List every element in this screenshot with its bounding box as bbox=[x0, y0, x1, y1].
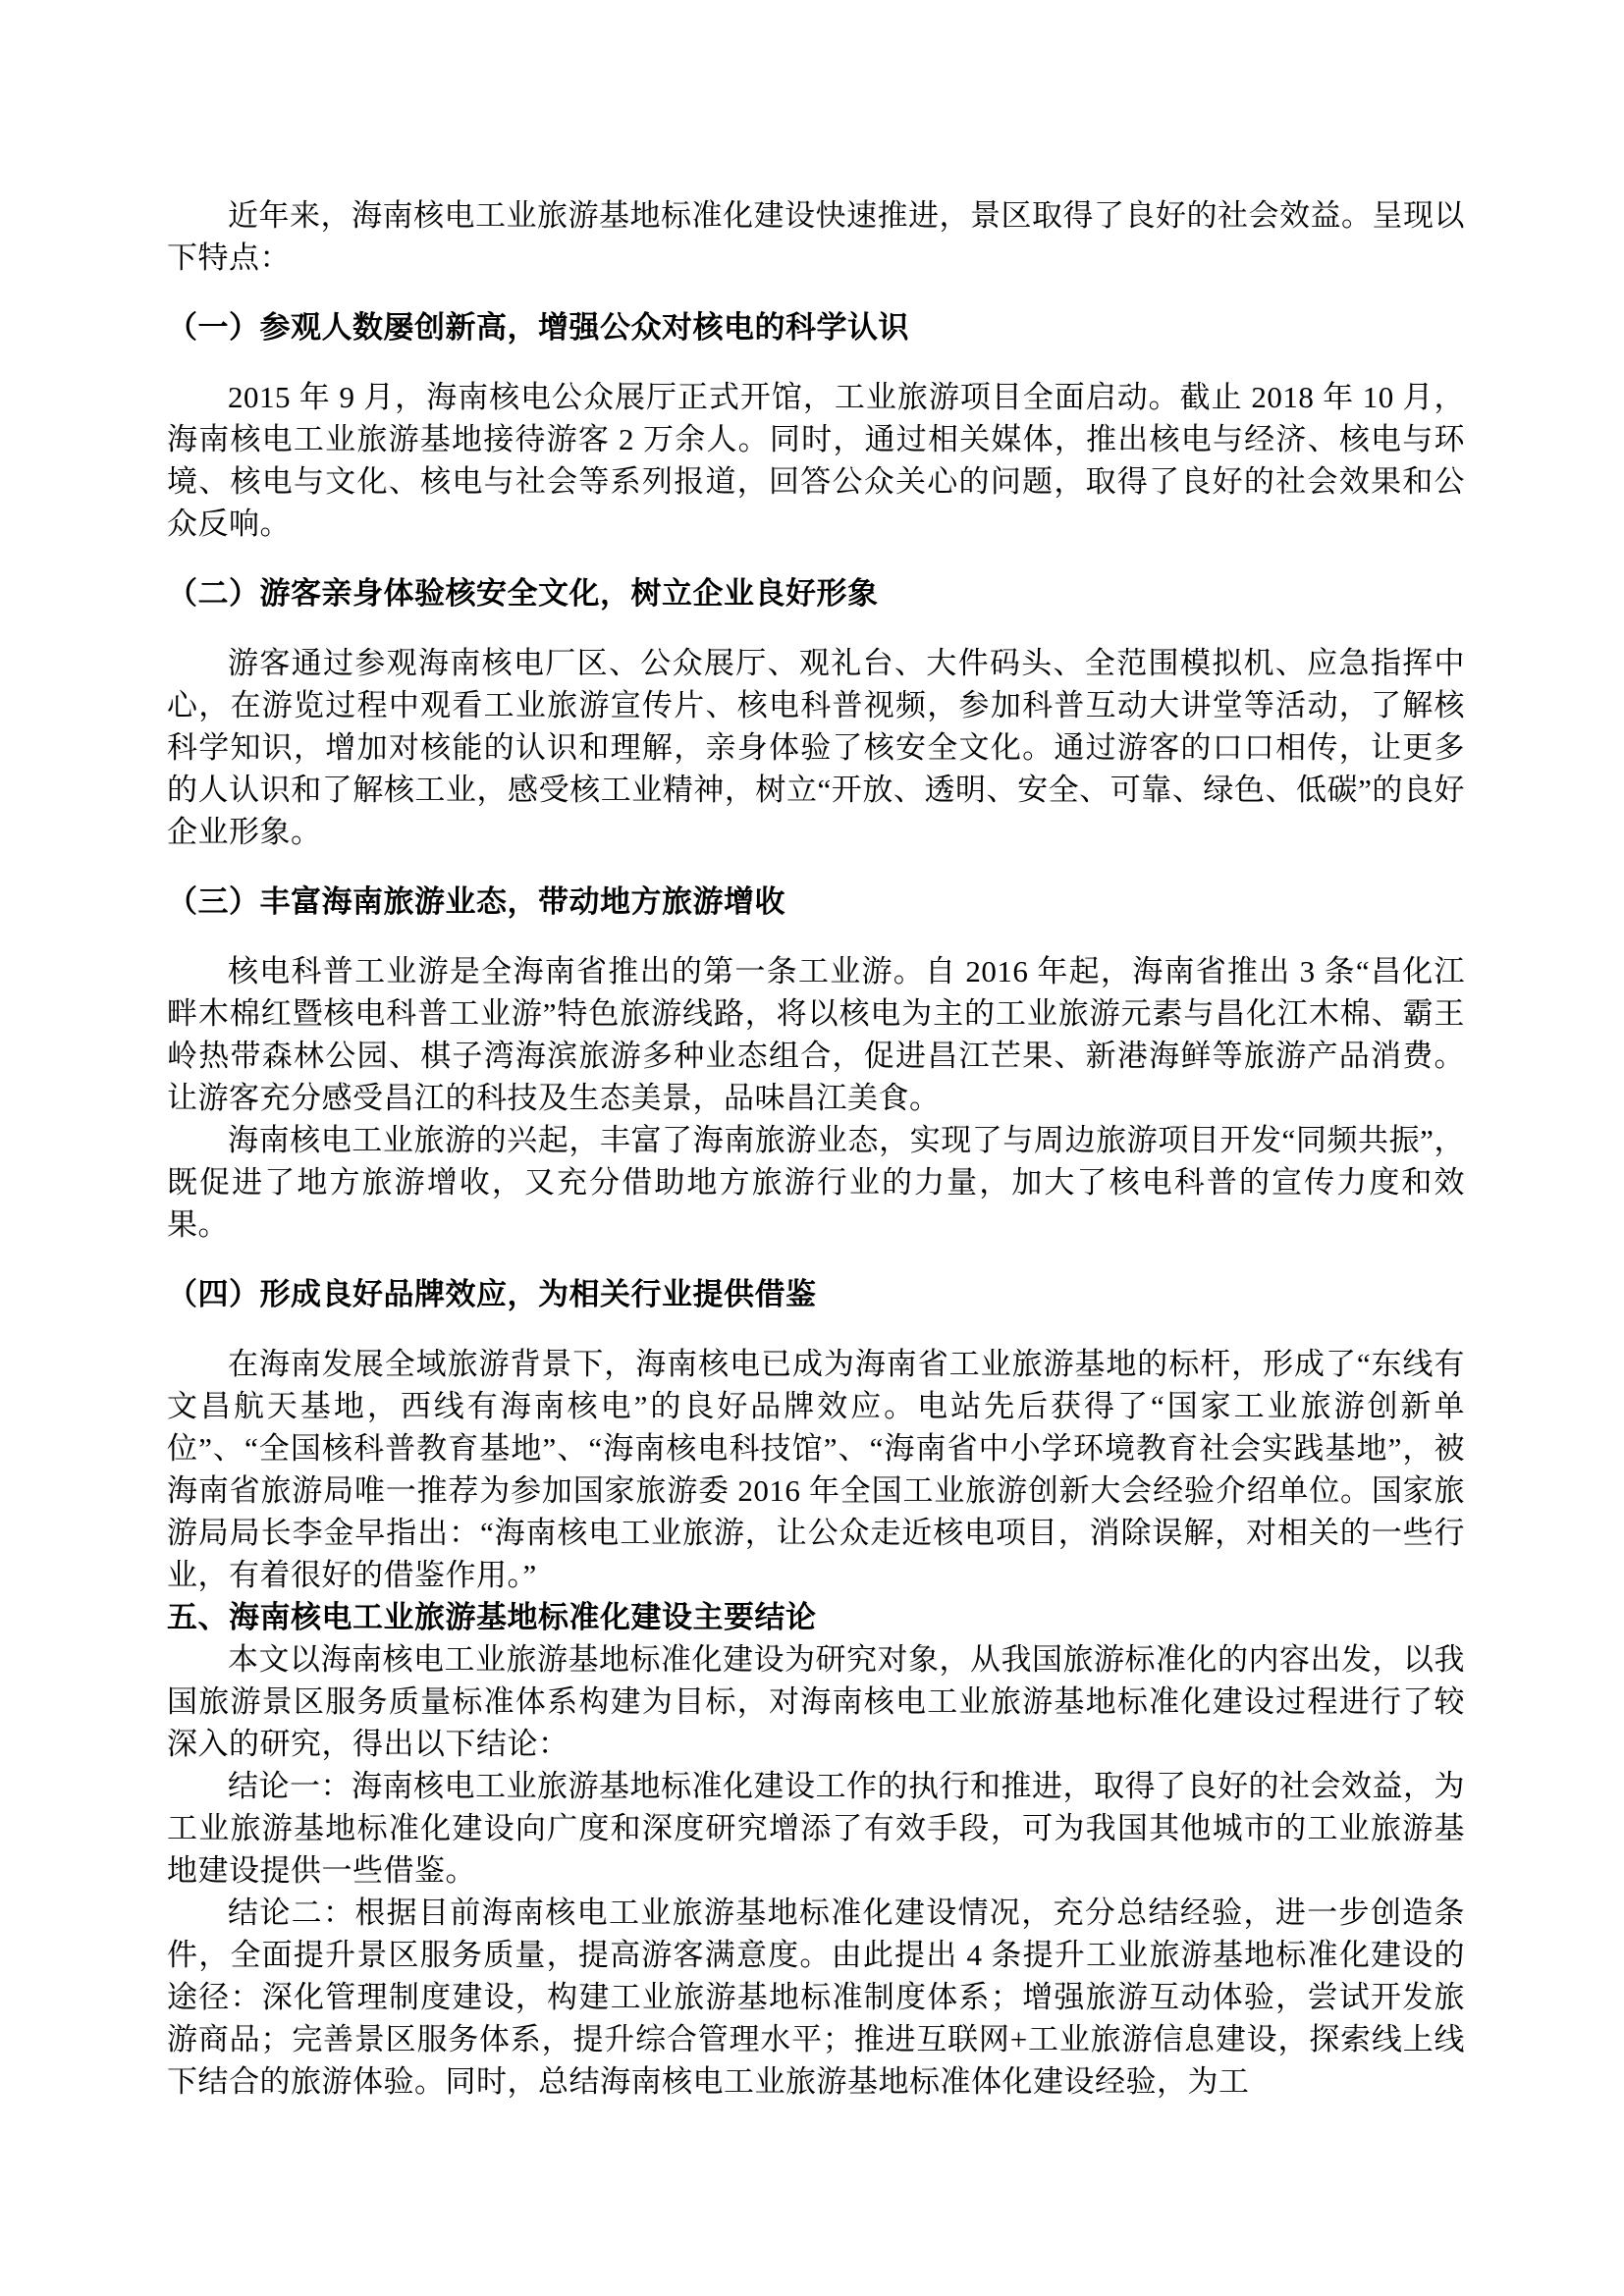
section-heading-3: （三）丰富海南旅游业态，带动地方旅游增收 bbox=[167, 881, 1465, 923]
paragraph-intro: 近年来，海南核电工业旅游基地标准化建设快速推进，景区取得了良好的社会效益。呈现以… bbox=[167, 194, 1465, 279]
chapter-heading-5: 五、海南核电工业旅游基地标准化建设主要结论 bbox=[167, 1596, 1465, 1638]
section-heading-1: （一）参观人数屡创新高，增强公众对核电的科学认识 bbox=[167, 306, 1465, 348]
paragraph-conclusion-intro: 本文以海南核电工业旅游基地标准化建设为研究对象，从我国旅游标准化的内容出发，以我… bbox=[167, 1638, 1465, 1765]
document-page: 近年来，海南核电工业旅游基地标准化建设快速推进，景区取得了良好的社会效益。呈现以… bbox=[0, 0, 1624, 2296]
section-heading-2: （二）游客亲身体验核安全文化，树立企业良好形象 bbox=[167, 572, 1465, 614]
paragraph-visitors: 2015 年 9 月，海南核电公众展厅正式开馆，工业旅游项目全面启动。截止 20… bbox=[167, 376, 1465, 545]
section-heading-4: （四）形成良好品牌效应，为相关行业提供借鉴 bbox=[167, 1273, 1465, 1315]
paragraph-conclusion-1: 结论一：海南核电工业旅游基地标准化建设工作的执行和推进，取得了良好的社会效益，为… bbox=[167, 1765, 1465, 1892]
paragraph-tourism-routes: 核电科普工业游是全海南省推出的第一条工业游。自 2016 年起，海南省推出 3 … bbox=[167, 950, 1465, 1119]
paragraph-safety-culture: 游客通过参观海南核电厂区、公众展厅、观礼台、大件码头、全范围模拟机、应急指挥中心… bbox=[167, 642, 1465, 853]
paragraph-conclusion-2: 结论二：根据目前海南核电工业旅游基地标准化建设情况，充分总结经验，进一步创造条件… bbox=[167, 1892, 1465, 2103]
document-content: 近年来，海南核电工业旅游基地标准化建设快速推进，景区取得了良好的社会效益。呈现以… bbox=[167, 194, 1465, 2103]
paragraph-brand-effect: 在海南发展全域旅游背景下，海南核电已成为海南省工业旅游基地的标杆，形成了“东线有… bbox=[167, 1343, 1465, 1596]
paragraph-tourism-income: 海南核电工业旅游的兴起，丰富了海南旅游业态，实现了与周边旅游项目开发“同频共振”… bbox=[167, 1119, 1465, 1246]
